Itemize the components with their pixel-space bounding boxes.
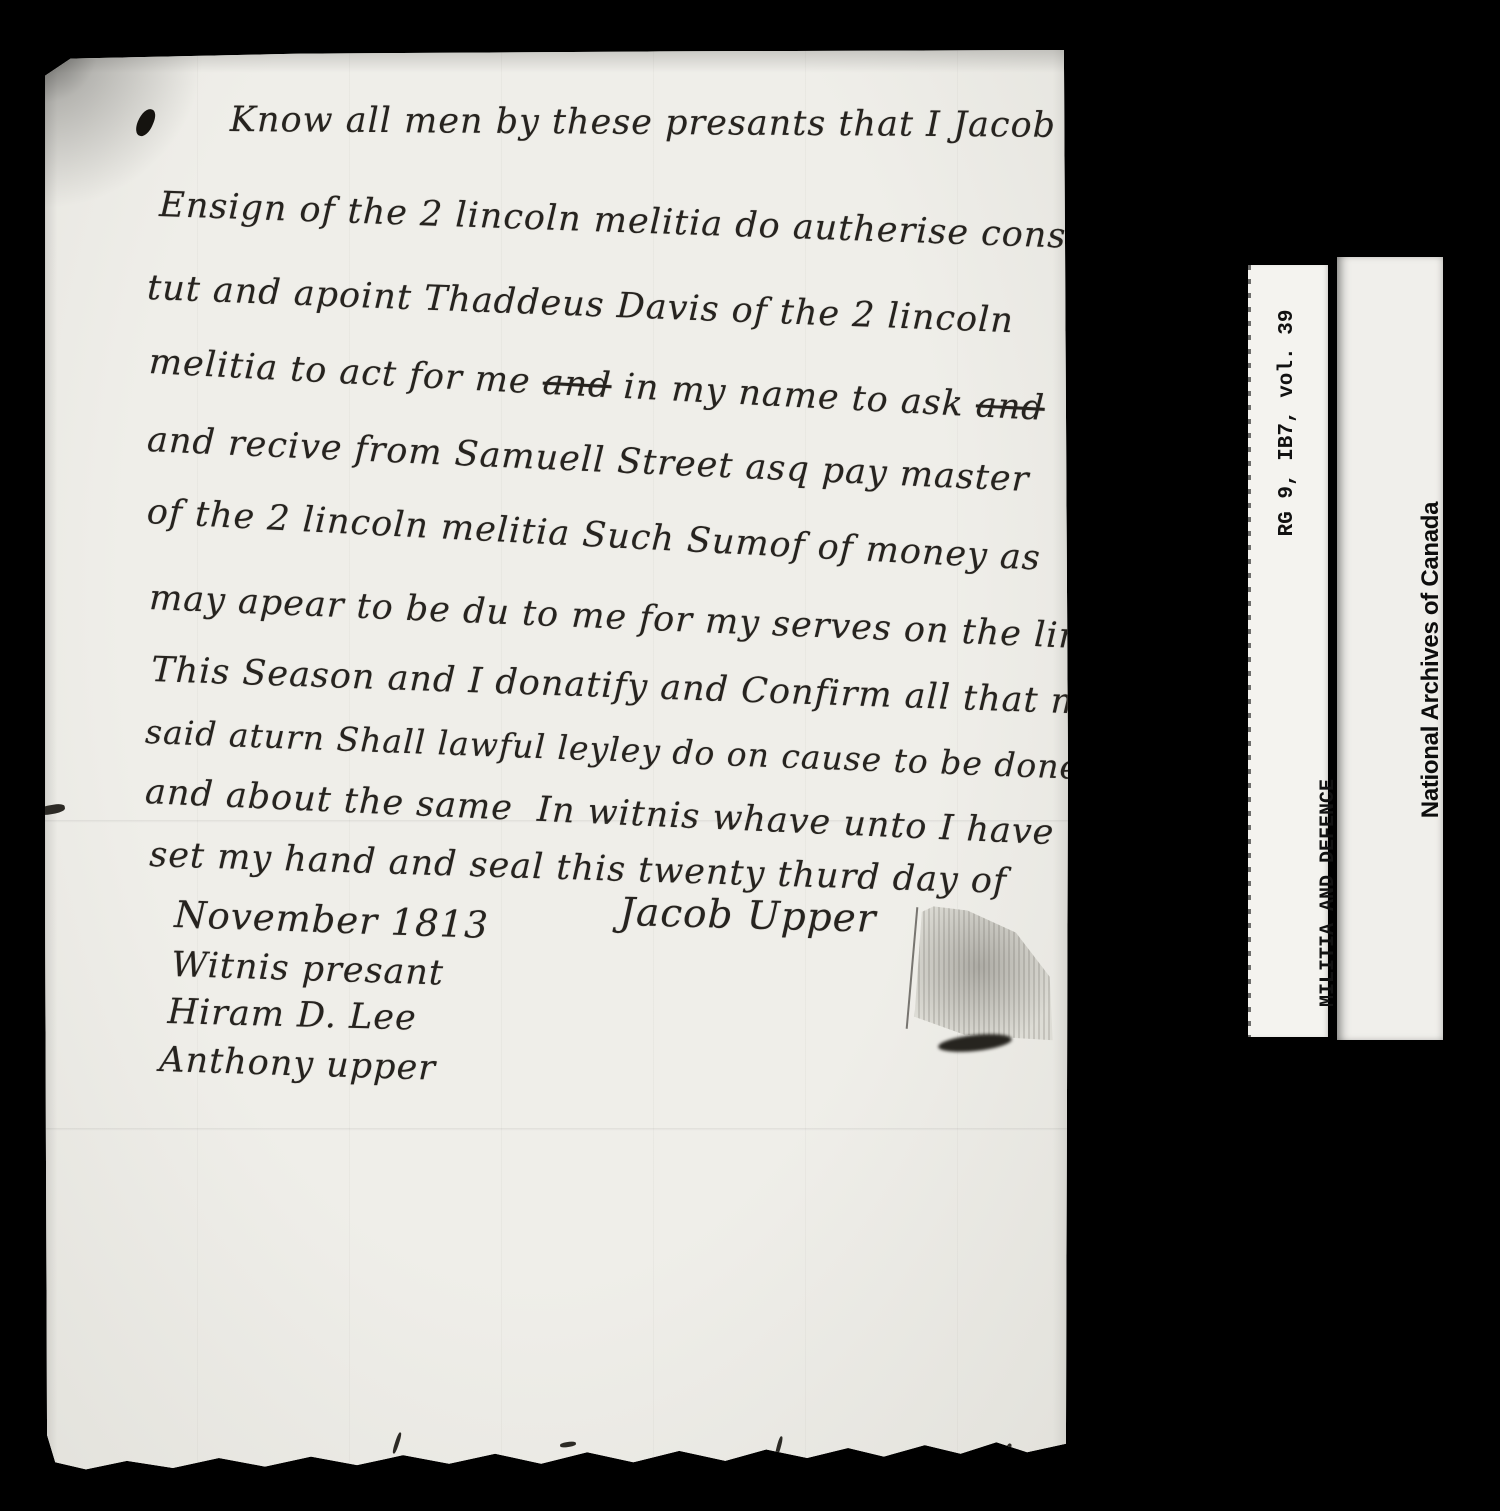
- fold-crease: [45, 820, 1068, 823]
- handwritten-line-5: and recive from Samuell Street asq pay m…: [146, 420, 1030, 500]
- archive-name-strip: National Archives of Canada Archives nat…: [1337, 257, 1443, 1040]
- handwritten-line-2: Ensign of the 2 lincoln melitia do authe…: [159, 185, 1104, 258]
- line-4-segment: melitia to act for me: [148, 342, 544, 403]
- torn-edge-ink-mark: [1002, 1443, 1012, 1458]
- handwritten-line-3: tut and apoint Thaddeus Davis of the 2 l…: [146, 268, 1014, 341]
- line-4-segment: in my name to ask: [610, 366, 977, 425]
- perforation-edge: [1248, 265, 1251, 1037]
- struck-word: and: [542, 363, 613, 407]
- torn-edge-ink-mark: [392, 1432, 403, 1454]
- fond-title-label: MILITIA AND DEFENCE MILICE ET DEFENSE: [1261, 743, 1315, 1043]
- handwritten-line-8: This Season and I donatify and Confirm a…: [151, 650, 1107, 723]
- edge-ink-mark: [38, 803, 65, 816]
- witness-name-1: Hiram D. Lee: [167, 992, 417, 1039]
- archives-name-label: National Archives of Canada Archives nat…: [1361, 470, 1419, 850]
- fold-crease: [45, 1128, 1068, 1131]
- seal-remnant: [913, 905, 1060, 1043]
- ink-blot: [133, 106, 158, 139]
- handwritten-line-7: may apear to be du to me for my serves o…: [148, 578, 1123, 659]
- date-line: November 1813: [173, 893, 489, 947]
- reference-number-label: RG 9, IB7, vol. 39: [1273, 273, 1303, 573]
- handwritten-line-6: of the 2 lincoln melitia Such Sumof of m…: [146, 492, 1042, 579]
- ink-smudge: [937, 1031, 1012, 1055]
- handwritten-line-1: Know all men by these presants that I Ja…: [230, 100, 1185, 147]
- torn-edge-ink-mark: [1044, 1451, 1055, 1459]
- document-page: Know all men by these presants that I Ja…: [45, 50, 1068, 1478]
- scan-background: Know all men by these presants that I Ja…: [0, 0, 1500, 1511]
- witness-heading: Witnis presant: [171, 945, 445, 994]
- struck-word: and: [975, 385, 1046, 429]
- torn-edge-ink-mark: [560, 1441, 577, 1448]
- handwritten-line-9: said aturn Shall lawful leyley do on cau…: [145, 712, 1127, 789]
- archives-name-en: National Archives of Canada: [1417, 470, 1445, 850]
- handwritten-line-4: melitia to act for me and in my name to …: [148, 342, 1046, 429]
- signature: Jacob Upper: [619, 890, 877, 942]
- witness-name-2: Anthony upper: [159, 1040, 437, 1089]
- torn-edge-ink-mark: [774, 1436, 783, 1456]
- archive-reference-strip: RG 9, IB7, vol. 39 MILITIA AND DEFENCE M…: [1248, 265, 1328, 1037]
